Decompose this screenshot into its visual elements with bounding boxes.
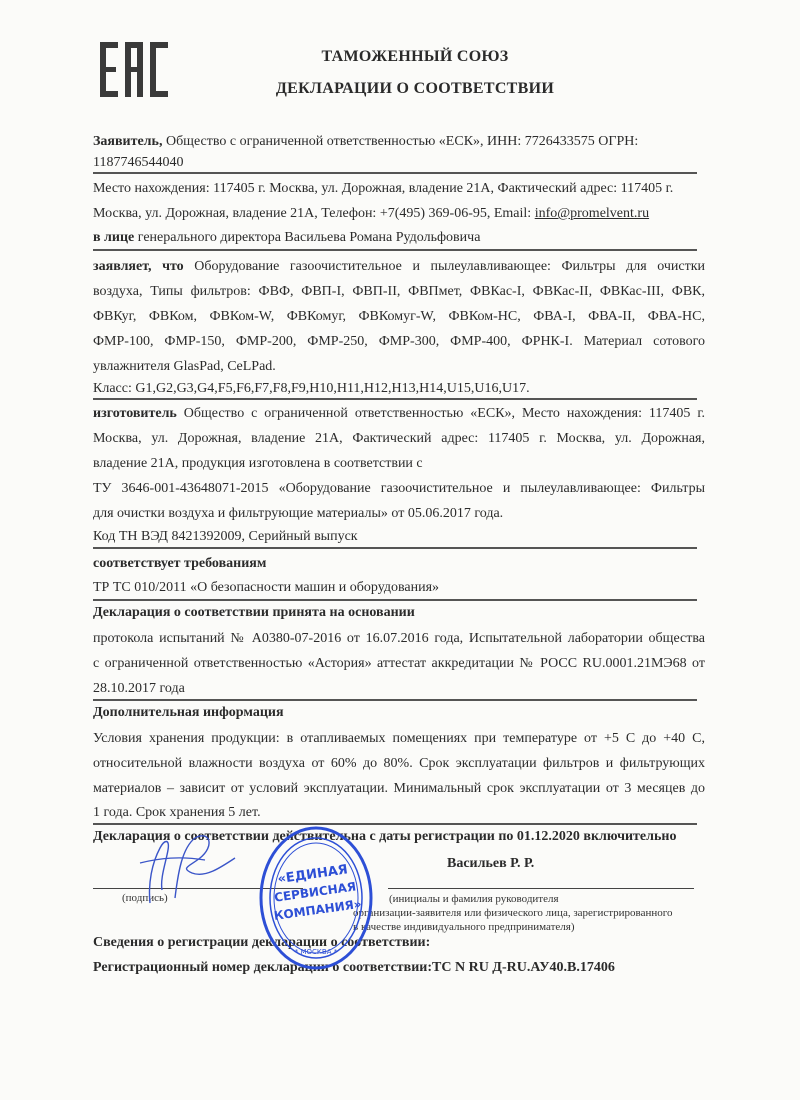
- company-stamp-icon: «ЕДИНАЯ СЕРВИСНАЯ КОМПАНИЯ» * МОСКВА *: [258, 826, 374, 971]
- declaration-page: ТАМОЖЕННЫЙ СОЮЗ ДЕКЛАРАЦИИ О СООТВЕТСТВИ…: [0, 0, 800, 1100]
- applicant-name: Общество с ограниченной ответственностью…: [162, 134, 638, 149]
- name-line: [388, 888, 694, 889]
- divider: [93, 823, 697, 825]
- divider: [93, 398, 697, 400]
- eac-logo-icon: [100, 42, 170, 97]
- name-caption-3: в качестве индивидуального предпринимате…: [353, 921, 575, 934]
- union-title: ТАМОЖЕННЫЙ СОЮЗ: [290, 48, 540, 66]
- declares-line-1: заявляет, что Оборудование газоочистител…: [93, 259, 705, 275]
- applicant-address-1: Место нахождения: 117405 г. Москва, ул. …: [93, 181, 673, 197]
- conforms-label: соответствует требованиям: [93, 556, 266, 572]
- handwritten-signature-icon: [120, 828, 250, 908]
- registration-number-value: ТС N RU Д-RU.АУ40.В.17406: [432, 960, 615, 975]
- manufacturer-text: Общество с ограниченной ответственностью…: [177, 406, 705, 421]
- divider: [93, 249, 697, 251]
- contact-text: Москва, ул. Дорожная, владение 21А, Теле…: [93, 206, 535, 221]
- declares-line-3: ФВКуг, ФВКом, ФВКом-W, ФВКомуг, ФВКомуг-…: [93, 309, 705, 325]
- basis-line-2: с ограниченной ответственностью «Астория…: [93, 656, 705, 672]
- basis-line-3: 28.10.2017 года: [93, 681, 185, 697]
- representative-name: генерального директора Васильева Романа …: [134, 230, 480, 245]
- manufacturer-line-5: для очистки воздуха и фильтрующие матери…: [93, 506, 503, 522]
- applicant-address-2: Москва, ул. Дорожная, владение 21А, Теле…: [93, 206, 649, 222]
- additional-line-2: относительной влажности воздуха от 60% д…: [93, 756, 705, 772]
- divider: [93, 599, 697, 601]
- divider: [93, 547, 697, 549]
- declares-text: Оборудование газоочистительное и пылеула…: [184, 259, 705, 274]
- name-caption-2: организации-заявителя или физического ли…: [353, 907, 672, 920]
- declares-line-2: воздуха, Типы фильтров: ФВФ, ФВП-I, ФВП-…: [93, 284, 705, 300]
- svg-text:* МОСКВА *: * МОСКВА *: [295, 948, 338, 956]
- conforms-value: ТР ТС 010/2011 «О безопасности машин и о…: [93, 580, 439, 596]
- signatory-name: Васильев Р. Р.: [447, 856, 534, 872]
- applicant-ogrn: 1187746544040: [93, 155, 183, 171]
- manufacturer-line-1: изготовитель Общество с ограниченной отв…: [93, 406, 705, 422]
- divider: [93, 699, 697, 701]
- basis-label: Декларация о соответствии принята на осн…: [93, 605, 415, 621]
- additional-label: Дополнительная информация: [93, 705, 284, 721]
- divider: [93, 172, 697, 174]
- filter-class-line: Класс: G1,G2,G3,G4,F5,F6,F7,F8,F9,H10,H1…: [93, 381, 530, 397]
- applicant-line-1: Заявитель, Общество с ограниченной ответ…: [93, 134, 638, 150]
- manufacturer-line-2: Москва, ул. Дорожная, владение 21А, Факт…: [93, 431, 705, 447]
- name-caption-1: (инициалы и фамилия руководителя: [389, 893, 559, 906]
- representative-line: в лице генерального директора Васильева …: [93, 230, 480, 246]
- additional-line-4: 1 года. Срок хранения 5 лет.: [93, 805, 261, 821]
- manufacturer-line-6: Код ТН ВЭД 8421392009, Серийный выпуск: [93, 529, 358, 545]
- declares-label: заявляет, что: [93, 259, 184, 274]
- email-link[interactable]: info@promelvent.ru: [535, 206, 649, 221]
- additional-line-1: Условия хранения продукции: в отапливаем…: [93, 731, 705, 747]
- additional-line-3: материалов – зависит от условий эксплуат…: [93, 781, 705, 797]
- applicant-label: Заявитель,: [93, 134, 162, 149]
- manufacturer-line-4: ТУ 3646-001-43648071-2015 «Оборудование …: [93, 481, 705, 497]
- declares-line-5: увлажнителя GlasPad, CeLPad.: [93, 359, 276, 375]
- declaration-title: ДЕКЛАРАЦИИ О СООТВЕТСТВИИ: [265, 80, 565, 98]
- manufacturer-label: изготовитель: [93, 406, 177, 421]
- manufacturer-line-3: владение 21А, продукция изготовлена в со…: [93, 456, 423, 472]
- declares-line-4: ФМР-100, ФМР-150, ФМР-200, ФМР-250, ФМР-…: [93, 334, 705, 350]
- basis-line-1: протокола испытаний № А0380-07-2016 от 1…: [93, 631, 705, 647]
- representative-label: в лице: [93, 230, 134, 245]
